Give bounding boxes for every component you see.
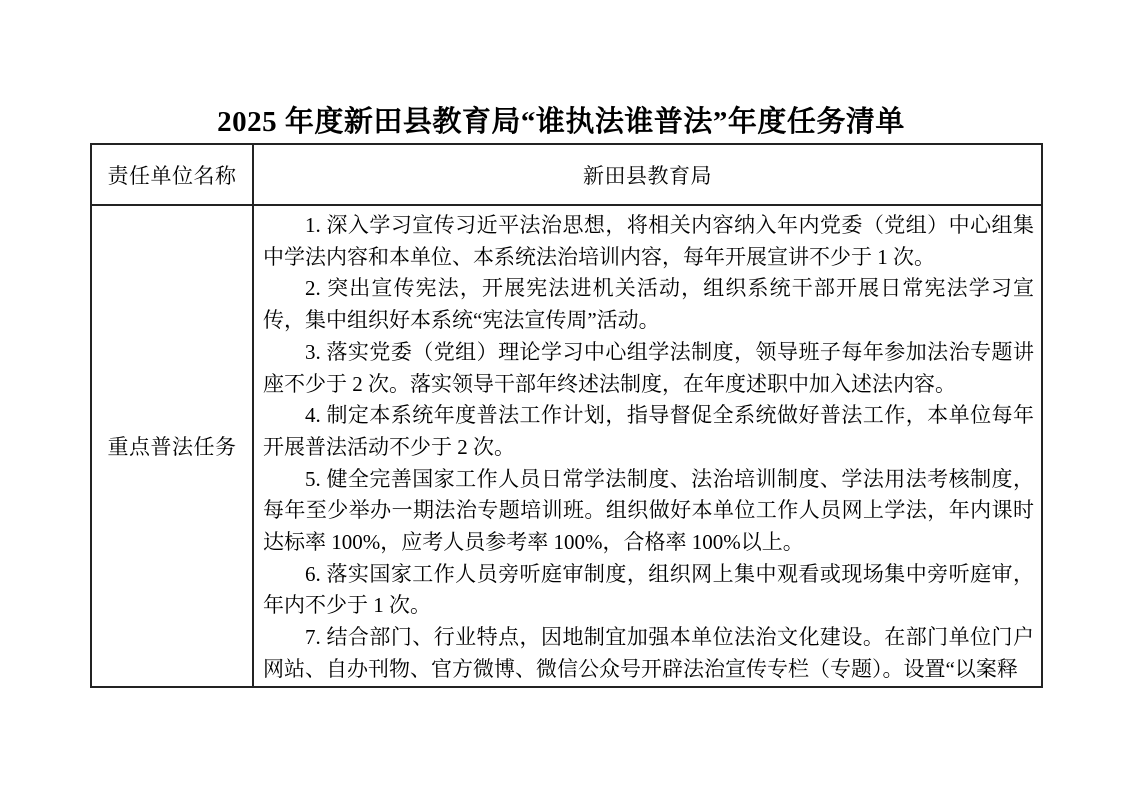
key-tasks-label-cell: 重点普法任务 bbox=[92, 206, 254, 686]
task-paragraph-2: 2. 突出宣传宪法，开展宪法进机关活动，组织系统干部开展日常宪法学习宣传，集中组… bbox=[263, 273, 1034, 336]
task-paragraph-7: 7. 结合部门、行业特点，因地制宜加强本单位法治文化建设。在部门单位门户网站、自… bbox=[263, 622, 1034, 685]
task-paragraph-3: 3. 落实党委（党组）理论学习中心组学法制度，领导班子每年参加法治专题讲座不少于… bbox=[263, 337, 1034, 400]
table-row-key-tasks: 重点普法任务 1. 深入学习宣传习近平法治思想，将相关内容纳入年内党委（党组）中… bbox=[92, 206, 1041, 686]
responsible-unit-value-cell: 新田县教育局 bbox=[254, 145, 1041, 204]
key-tasks-content-cell: 1. 深入学习宣传习近平法治思想，将相关内容纳入年内党委（党组）中心组集中学法内… bbox=[254, 206, 1041, 686]
task-paragraph-4: 4. 制定本系统年度普法工作计划，指导督促全系统做好普法工作，本单位每年开展普法… bbox=[263, 400, 1034, 463]
document-title: 2025 年度新田县教育局“谁执法谁普法”年度任务清单 bbox=[0, 99, 1122, 140]
task-paragraph-1: 1. 深入学习宣传习近平法治思想，将相关内容纳入年内党委（党组）中心组集中学法内… bbox=[263, 210, 1034, 273]
task-table: 责任单位名称 新田县教育局 重点普法任务 1. 深入学习宣传习近平法治思想，将相… bbox=[90, 143, 1043, 688]
responsible-unit-label-cell: 责任单位名称 bbox=[92, 145, 254, 204]
table-row-responsible-unit: 责任单位名称 新田县教育局 bbox=[92, 145, 1041, 206]
task-paragraph-5: 5. 健全完善国家工作人员日常学法制度、法治培训制度、学法用法考核制度，每年至少… bbox=[263, 464, 1034, 559]
document-page: 2025 年度新田县教育局“谁执法谁普法”年度任务清单 责任单位名称 新田县教育… bbox=[0, 0, 1122, 793]
task-paragraph-6: 6. 落实国家工作人员旁听庭审制度，组织网上集中观看或现场集中旁听庭审，年内不少… bbox=[263, 559, 1034, 622]
